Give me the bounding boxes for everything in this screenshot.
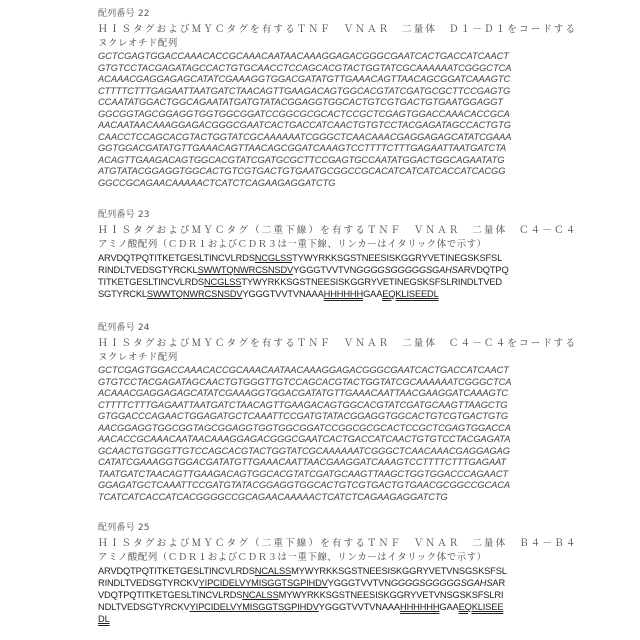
sequence-line: NDLTVEDSGTYRCKVYIPCIDELVYMISGGTSGPIHDVYG… xyxy=(98,601,558,613)
sequence-segment: ARVDQTPQ xyxy=(458,265,509,275)
sequence-title: ＨＩＳタグおよびＭＹＣタグを有するＴＮＦ ＶＮＡＲ 二量体 Ｃ４－Ｃ４をコードす… xyxy=(98,337,558,351)
sequence-segment: RINDLTVEDSGTYRCKL xyxy=(98,265,198,275)
sequence-line: GCTCGAGTGGACCAAACACCGCAAACAATAACAAAGGAGA… xyxy=(98,365,558,377)
sequence-subtitle: アミノ酸配列（ＣＤＲ１およびＣＤＲ３は一重下線、リンカーはイタリック体で示す） xyxy=(98,551,558,565)
sequence-segment: RINDLTVEDSGTYRCKV xyxy=(98,578,199,588)
sequence-number: 配列番号 24 xyxy=(98,322,558,334)
sequence-line: GTGGACCCAGAACTGGAGATGCTCAAATTCCGATGTATAC… xyxy=(98,411,558,423)
nucleotide-sequence: GCTCGAGTGGACCAAACACCGCAAACAATAACAAAGGAGA… xyxy=(98,51,558,189)
sequence-line: ATGTATACGGAGGTGGCACTGTCGTGACTGTGAATGCGGC… xyxy=(98,166,558,178)
sequence-line: ACAGTTGAAGACAGTGGCACGTATCGATGCGCTTCCGAGT… xyxy=(98,155,558,167)
sequence-line: TAATGATCTAACAGTTGAAGACAGTGGCACGTATCGATGC… xyxy=(98,469,558,481)
sequence-line: TCATCATCACCATCACGGGGCCGCAGAACAAAAACTCATC… xyxy=(98,492,558,504)
sequence-entry-24: 配列番号 24 ＨＩＳタグおよびＭＹＣタグを有するＴＮＦ ＶＮＡＲ 二量体 Ｃ４… xyxy=(98,322,558,503)
linker-segment: GGGGSGGGGGSGAHS xyxy=(391,578,493,588)
nucleotide-sequence: GCTCGAGTGGACCAAACACCGCAAACAATAACAAAGGAGA… xyxy=(98,365,558,503)
sequence-line: GGTGGACGATATGTTGAAACAGTTAACAGCGGATCAAAGT… xyxy=(98,143,558,155)
cdr-segment: SWWTQNWRCSNSDV xyxy=(198,265,294,275)
sequence-line: CAACCTCCAGCACGTACTGGTATCGCAAAAAATCGGGCTC… xyxy=(98,132,558,144)
sequence-line: GTGTCCTACGAGATAGCAACTGTGGGTTGTCCAGCACGTA… xyxy=(98,377,558,389)
sequence-line: RINDLTVEDSGTYRCKVYIPCIDELVYMISGGTSGPIHDV… xyxy=(98,577,558,589)
cdr-segment: YIPCIDELVYMISGGTSGPIHDV xyxy=(190,602,319,612)
sequence-line: AACGGAGGTGGCGGTAGCGGAGGTGGTGGCGGATCCGGCG… xyxy=(98,423,558,435)
sequence-line: ARVDQTPQTITKETGESLTINCVLRDSNCGLSSTYWYRKK… xyxy=(98,252,558,264)
sequence-segment: TYWYRKKSGSTNEESISKGGRYVETINEGSKSFSL xyxy=(292,253,502,263)
sequence-segment: ARVDQTPQTITKETGESLTINCVLRDS xyxy=(98,253,255,263)
tag-segment: EQKLISEE xyxy=(459,602,504,612)
sequence-line: SGTYRCKLSWWTQNWRCSNSDVYGGGTVVTVNAAAHHHHH… xyxy=(98,288,558,300)
sequence-entry-25: 配列番号 25 ＨＩＳタグおよびＭＹＣタグ（二重下線）を有するＴＮＦ ＶＮＡＲ … xyxy=(98,522,558,625)
sequence-line: CTTTTCTTTGAGAATTAATGATCTAACAGTTGAAGACAGT… xyxy=(98,400,558,412)
sequence-line: ARVDQTPQTITKETGESLTINCVLRDSNCALSSMYWYRKK… xyxy=(98,565,558,577)
sequence-line: AACAATAACAAAGGAGACGGGCGAATCACTGACCATCAAC… xyxy=(98,120,558,132)
cdr-segment: NCALSS xyxy=(255,566,291,576)
sequence-line: TITKETGESLTINCVLRDSNCGLSSTYWYRKKSGSTNEES… xyxy=(98,276,558,288)
sequence-line: CCAATATGGACTGGCAGAATATGATGTATACGGAGGTGGC… xyxy=(98,97,558,109)
sequence-line: GCTCGAGTGGACCAAACACCGCAAACAATAACAAAGGAGA… xyxy=(98,51,558,63)
linker-segment: GGGGSGGGGGSGAHS xyxy=(356,265,458,275)
sequence-line: GTGTCCTACGAGATAGCCACTGTGCAACCTCCAGCACGTA… xyxy=(98,63,558,75)
cdr-segment: NCGLSS xyxy=(255,253,292,263)
sequence-segment: YGGGTVVTVNAAA xyxy=(319,602,400,612)
sequence-segment: MYWYRKKSGSTNEESISKGGRYVETVNSGSKSFSLRI xyxy=(279,590,504,600)
sequence-segment: YGGGTVVTVNAAA xyxy=(242,289,323,299)
sequence-number: 配列番号 25 xyxy=(98,522,558,534)
sequence-line: VDQTPQTITKETGESLTINCVLRDSNCALSSMYWYRKKSG… xyxy=(98,589,558,601)
cdr-segment: NCALSS xyxy=(242,590,278,600)
sequence-number: 配列番号 22 xyxy=(98,8,558,20)
sequence-segment: AR xyxy=(492,578,505,588)
cdr-segment: YIPCIDELVYMISGGTSGPIHDV xyxy=(199,578,328,588)
sequence-subtitle: ヌクレオチド配列 xyxy=(98,351,558,365)
sequence-entry-23: 配列番号 23 ＨＩＳタグおよびＭＹＣタグ（二重下線）を有するＴＮＦ ＶＮＡＲ … xyxy=(98,209,558,300)
tag-segment: EQKLISEEDL xyxy=(382,289,438,299)
sequence-segment: GAA xyxy=(363,289,382,299)
sequence-line: GCAACTGTGGGTTGTCCAGCACGTACTGGTATCGCAAAAA… xyxy=(98,446,558,458)
sequence-title: ＨＩＳタグおよびＭＹＣタグ（二重下線）を有するＴＮＦ ＶＮＡＲ 二量体 Ｃ４－Ｃ… xyxy=(98,224,558,238)
sequence-line: CTTTTCTTTGAGAATTAATGATCTAACAGTTGAAGACAGT… xyxy=(98,86,558,98)
tag-segment: HHHHHH xyxy=(324,289,363,299)
tag-segment: DL xyxy=(98,614,110,624)
sequence-segment: TITKETGESLTINCVLRDS xyxy=(98,277,204,287)
sequence-line: RINDLTVEDSGTYRCKLSWWTQNWRCSNSDVYGGGTVVTV… xyxy=(98,264,558,276)
sequence-line: GGAGATGCTCAAATTCCGATGTATACGGAGGTGGCACTGT… xyxy=(98,480,558,492)
sequence-line: GGCGGTAGCGGAGGTGGTGGCGGATCCGGCGCGCACTCCG… xyxy=(98,109,558,121)
sequence-segment: NDLTVEDSGTYRCKV xyxy=(98,602,190,612)
sequence-segment: SGTYRCKL xyxy=(98,289,147,299)
cdr-segment: SWWTQNWRCSNSDV xyxy=(147,289,243,299)
sequence-line: GGCCGCAGAACAAAAACTCATCTCAGAAGAGGATCTG xyxy=(98,178,558,190)
sequence-segment: ARVDQTPQTITKETGESLTINCVLRDS xyxy=(98,566,255,576)
sequence-subtitle: ヌクレオチド配列 xyxy=(98,37,558,51)
sequence-line: DL xyxy=(98,613,558,625)
sequence-line: ACAAACGAGGAGAGCATATCGAAAGGTGGACGATATGTTG… xyxy=(98,74,558,86)
sequence-segment: YGGGTVVTVN xyxy=(293,265,356,275)
sequence-segment: MYWYRKKSGSTNEESISKGGRYVETVNSGSKSFSL xyxy=(291,566,507,576)
sequence-line: CATATCGAAAGGTGGACGATATGTTGAAACAATTAACGAA… xyxy=(98,457,558,469)
sequence-number: 配列番号 23 xyxy=(98,209,558,221)
sequence-entry-22: 配列番号 22 ＨＩＳタグおよびＭＹＣタグを有するＴＮＦ ＶＮＡＲ 二量体 Ｄ１… xyxy=(98,8,558,189)
sequence-segment: YGGGTVVTVN xyxy=(328,578,391,588)
cdr-segment: NCGLSS xyxy=(204,277,241,287)
amino-acid-sequence: ARVDQTPQTITKETGESLTINCVLRDSNCGLSSTYWYRKK… xyxy=(98,252,558,300)
sequence-segment: VDQTPQTITKETGESLTINCVLRDS xyxy=(98,590,242,600)
sequence-subtitle: アミノ酸配列（ＣＤＲ１およびＣＤＲ３は一重下線、リンカーはイタリック体で示す） xyxy=(98,238,558,252)
sequence-title: ＨＩＳタグおよびＭＹＣタグ（二重下線）を有するＴＮＦ ＶＮＡＲ 二量体 Ｂ４－Ｂ… xyxy=(98,537,558,551)
sequence-line: ACAAACGAGGAGAGCATATCGAAAGGTGGACGATATGTTG… xyxy=(98,388,558,400)
sequence-line: AACACCGCAAACAATAACAAAGGAGACGGGCGAATCACTG… xyxy=(98,434,558,446)
tag-segment: HHHHHH xyxy=(400,602,439,612)
sequence-segment: TYWYRKKSGSTNEESISKGGRYVETINEGSKSFSLRINDL… xyxy=(241,277,502,287)
amino-acid-sequence: ARVDQTPQTITKETGESLTINCVLRDSNCALSSMYWYRKK… xyxy=(98,565,558,625)
sequence-title: ＨＩＳタグおよびＭＹＣタグを有するＴＮＦ ＶＮＡＲ 二量体 Ｄ１－Ｄ１をコードす… xyxy=(98,23,558,37)
sequence-segment: GAA xyxy=(439,602,458,612)
